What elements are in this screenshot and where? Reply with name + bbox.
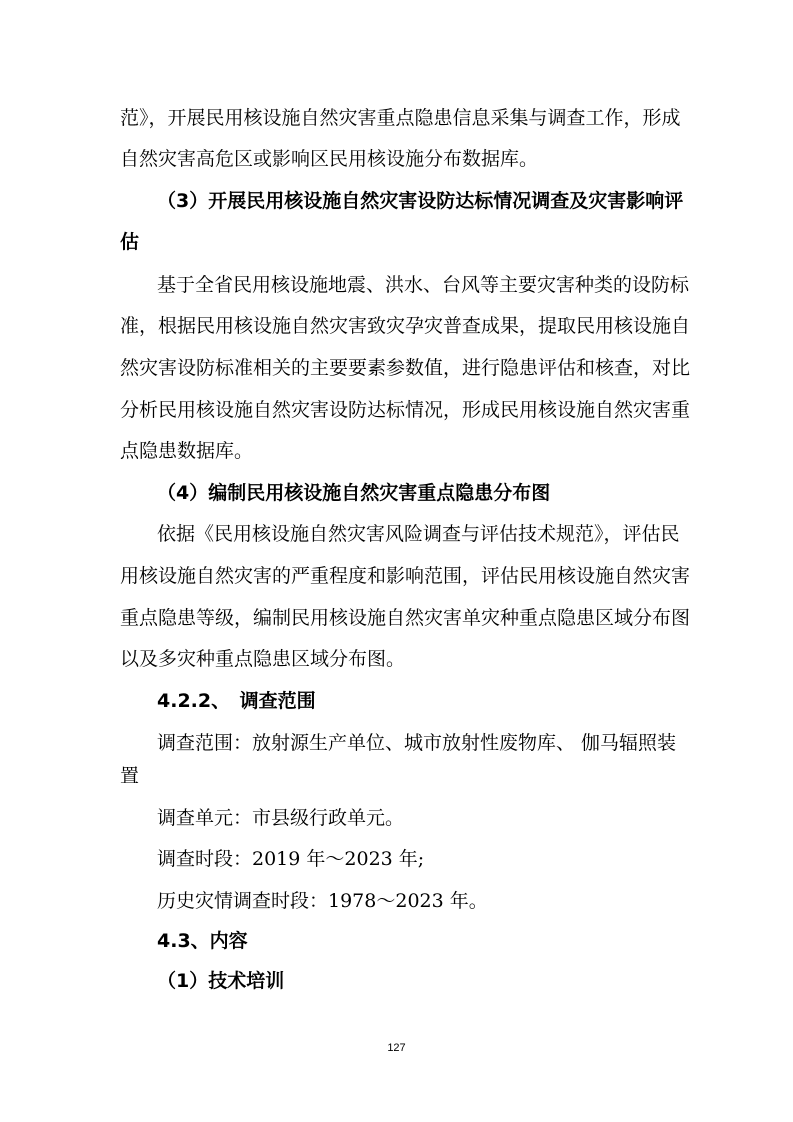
paragraph-line: 置 [120,764,672,788]
section-heading-line: （4）编制民用核设施自然灾害重点隐患分布图 [157,481,672,505]
paragraph-line: 历史灾情调查时段：1978～2023 年。 [157,889,672,913]
paragraph-line: 用核设施自然灾害的严重程度和影响范围，评估民用核设施自然灾害 [120,564,672,588]
paragraph-line: 然灾害设防标准相关的主要要素参数值，进行隐患评估和核查，对比 [120,356,672,380]
paragraph-line: 重点隐患等级，编制民用核设施自然灾害单灾种重点隐患区域分布图 [120,606,672,630]
paragraph-line: 点隐患数据库。 [120,439,672,463]
section-heading-line: 4.3、内容 [157,929,672,953]
section-heading-line: 4.2.2、 调查范围 [157,689,672,713]
document-page: 范》，开展民用核设施自然灾害重点隐患信息采集与调查工作，形成自然灾害高危区或影响… [0,0,793,1122]
section-heading-line: （3）开展民用核设施自然灾害设防达标情况调查及灾害影响评 [157,189,672,213]
paragraph-line: 以及多灾种重点隐患区域分布图。 [120,647,672,671]
paragraph-line: 依据《民用核设施自然灾害风险调查与评估技术规范》，评估民 [157,522,672,546]
paragraph-line: 调查时段：2019 年～2023 年; [157,847,672,871]
paragraph-line: 自然灾害高危区或影响区民用核设施分布数据库。 [120,147,672,171]
paragraph-line: 调查单元：市县级行政单元。 [157,806,672,830]
section-heading-line: 估 [120,230,672,254]
paragraph-line: 调查范围：放射源生产单位、城市放射性废物库、 伽马辐照装 [157,731,672,755]
paragraph-line: 基于全省民用核设施地震、洪水、台风等主要灾害种类的设防标 [157,273,672,297]
page-number: 127 [0,1042,793,1054]
paragraph-line: 分析民用核设施自然灾害设防达标情况，形成民用核设施自然灾害重 [120,398,672,422]
paragraph-line: 准，根据民用核设施自然灾害致灾孕灾普查成果，提取民用核设施自 [120,314,672,338]
section-heading-line: （1）技术培训 [157,969,672,993]
paragraph-line: 范》，开展民用核设施自然灾害重点隐患信息采集与调查工作，形成 [120,106,672,130]
